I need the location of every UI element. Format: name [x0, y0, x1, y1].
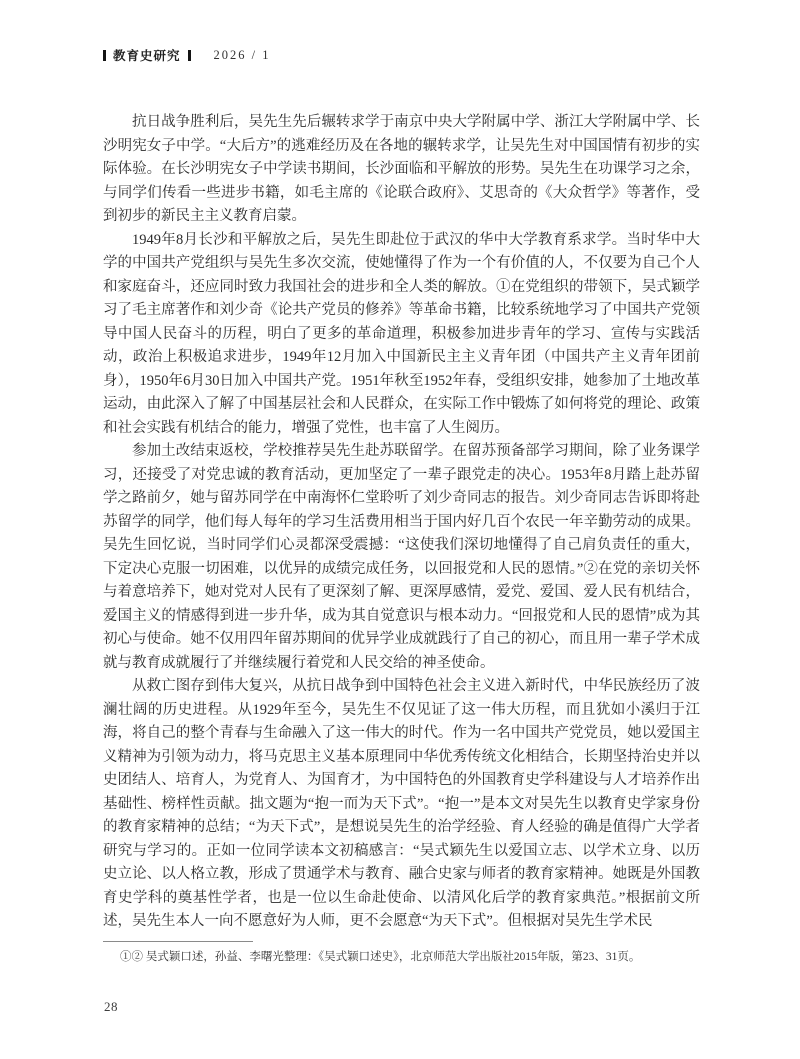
journal-header: 教育史研究 2026 / 1	[103, 46, 271, 64]
header-bar-icon	[188, 50, 191, 61]
journal-page: 教育史研究 2026 / 1 抗日战争胜利后，吴先生先后辗转求学于南京中央大学附…	[0, 0, 800, 1059]
paragraph-soviet-study: 参加土改结束返校，学校推荐吴先生赴苏联留学。在留苏预备部学习期间，除了业务课学习…	[103, 440, 700, 675]
page-number: 28	[104, 999, 118, 1015]
header-bar-icon	[103, 50, 106, 61]
paragraph-schooling: 抗日战争胜利后，吴先生先后辗转求学于南京中央大学附属中学、浙江大学附属中学、长沙…	[103, 111, 700, 229]
footnote: ①② 吴式颖口述，孙益、李曙光整理：《吴式颖口述史》，北京师范大学出版社2015…	[103, 949, 700, 966]
footnote-divider	[103, 941, 253, 942]
paragraph-national-rejuvenation: 从救亡图存到伟大复兴，从抗日战争到中国特色社会主义进入新时代，中华民族经历了波澜…	[103, 675, 700, 934]
article-body: 抗日战争胜利后，吴先生先后辗转求学于南京中央大学附属中学、浙江大学附属中学、长沙…	[103, 111, 700, 934]
paragraph-huazhong-university: 1949年8月长沙和平解放之后，吴先生即赴位于武汉的华中大学教育系求学。当时华中…	[103, 229, 700, 441]
journal-issue: 2026 / 1	[214, 48, 271, 63]
journal-title: 教育史研究	[113, 46, 181, 64]
